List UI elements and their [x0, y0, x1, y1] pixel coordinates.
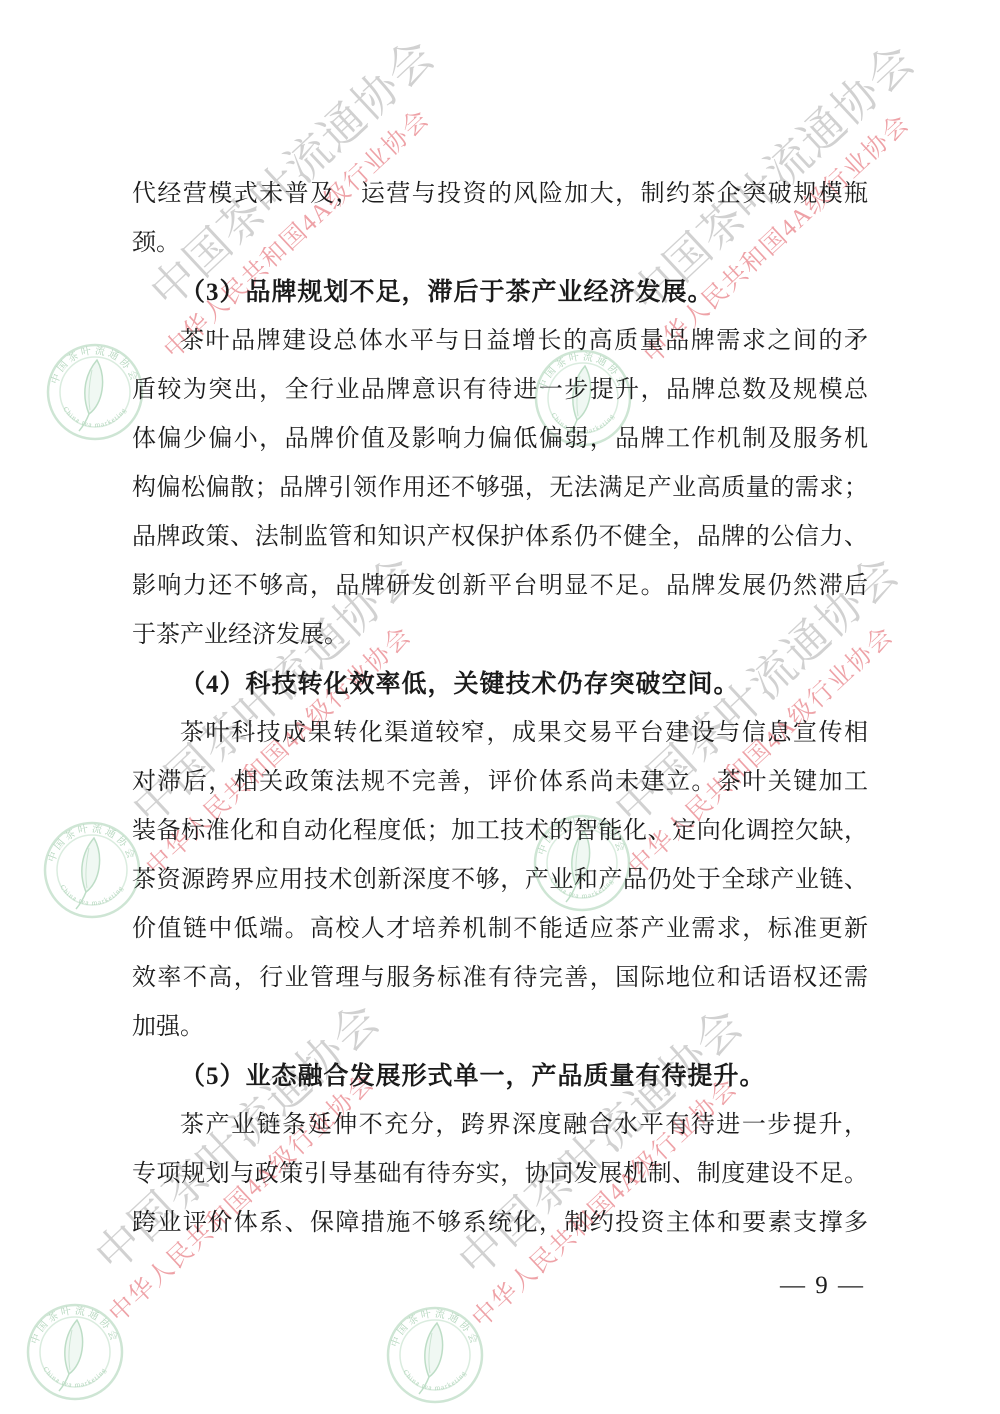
body-line: 装备标准化和自动化程度低；加工技术的智能化、定向化调控欠缺， — [132, 807, 868, 856]
body-line: 影响力还不够高，品牌研发创新平台明显不足。品牌发展仍然滞后 — [132, 562, 868, 611]
text-layer: 代经营模式未普及，运营与投资的风险加大，制约茶企突破规模瓶颈。（3）品牌规划不足… — [0, 0, 1000, 1414]
body-line: 专项规划与政策引导基础有待夯实，协同发展机制、制度建设不足。 — [132, 1150, 868, 1199]
body-line: 跨业评价体系、保障措施不够系统化，制约投资主体和要素支撑多 — [132, 1199, 868, 1248]
body-line: 代经营模式未普及，运营与投资的风险加大，制约茶企突破规模瓶 — [132, 170, 868, 219]
document-page: 中国茶叶流通协会 China tea marketing 中国茶叶流通协会 中华… — [0, 0, 1000, 1414]
body-line: 于茶产业经济发展。 — [132, 611, 868, 660]
body-line: 价值链中低端。高校人才培养机制不能适应茶产业需求，标准更新 — [132, 905, 868, 954]
body-line: 茶叶科技成果转化渠道较窄，成果交易平台建设与信息宣传相 — [132, 709, 868, 758]
section-heading: （5）业态融合发展形式单一，产品质量有待提升。 — [132, 1052, 868, 1101]
body-line: 茶资源跨界应用技术创新深度不够，产业和产品仍处于全球产业链、 — [132, 856, 868, 905]
section-heading: （4）科技转化效率低，关键技术仍存突破空间。 — [132, 660, 868, 709]
body-line: 加强。 — [132, 1003, 868, 1052]
document-body: 代经营模式未普及，运营与投资的风险加大，制约茶企突破规模瓶颈。（3）品牌规划不足… — [132, 170, 868, 1248]
body-line: 品牌政策、法制监管和知识产权保护体系仍不健全，品牌的公信力、 — [132, 513, 868, 562]
body-line: 体偏少偏小，品牌价值及影响力偏低偏弱，品牌工作机制及服务机 — [132, 415, 868, 464]
section-heading: （3）品牌规划不足，滞后于茶产业经济发展。 — [132, 268, 868, 317]
page-number: — 9 — — [780, 1272, 865, 1300]
body-line: 颈。 — [132, 219, 868, 268]
body-line: 茶产业链条延伸不充分，跨界深度融合水平有待进一步提升， — [132, 1101, 868, 1150]
body-line: 构偏松偏散；品牌引领作用还不够强，无法满足产业高质量的需求； — [132, 464, 868, 513]
body-line: 效率不高，行业管理与服务标准有待完善，国际地位和话语权还需 — [132, 954, 868, 1003]
body-line: 茶叶品牌建设总体水平与日益增长的高质量品牌需求之间的矛 — [132, 317, 868, 366]
body-line: 对滞后，相关政策法规不完善，评价体系尚未建立。茶叶关键加工 — [132, 758, 868, 807]
body-line: 盾较为突出，全行业品牌意识有待进一步提升，品牌总数及规模总 — [132, 366, 868, 415]
